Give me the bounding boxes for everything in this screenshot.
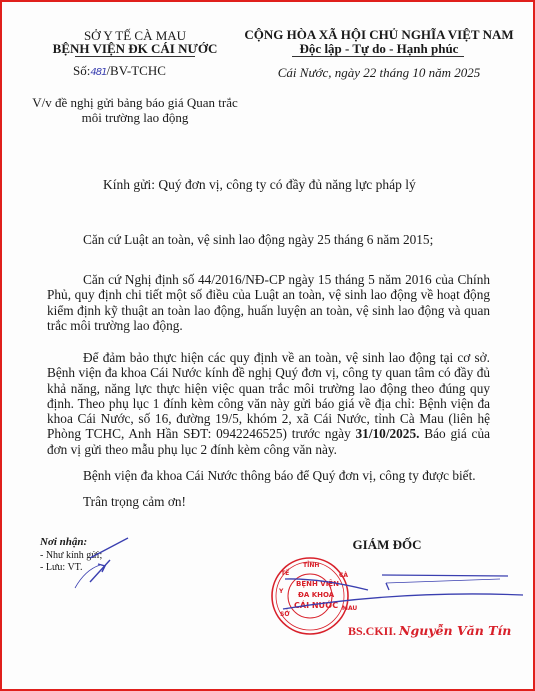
document-number: Số:481/BV-TCHC [73,63,166,79]
body-paragraph: Căn cứ Nghị định số 44/2016/NĐ-CP ngày 1… [47,272,490,333]
recipients-title: Nơi nhận: [40,536,87,548]
signer-title: GIÁM ĐỐC [317,537,457,553]
subject-line-1: V/v đề nghị gửi bảng báo giá Quan trắc [24,95,246,111]
subject-line-2: môi trường lao động [24,110,246,126]
hospital-name: BỆNH VIỆN ĐK CÁI NƯỚC [36,41,234,57]
recipient-line: Kính gửi: Quý đơn vị, công ty có đầy đủ … [103,177,416,193]
body-paragraph: Bệnh viện đa khoa Cái Nước thông báo để … [47,468,490,483]
recipients-item: - Lưu: VT. [40,562,83,573]
body-paragraph: Căn cứ Luật an toàn, vệ sinh lao động ng… [47,232,490,247]
national-motto: Độc lập - Tự do - Hạnh phúc [223,41,535,57]
paragraph-text: Căn cứ Nghị định số 44/2016/NĐ-CP ngày 1… [47,272,490,333]
recipients-item: - Như kính gửi; [40,550,102,561]
paragraph-text: Bệnh viện đa khoa Cái Nước thông báo để … [83,468,476,483]
doc-number-prefix: Số: [73,63,90,78]
paragraph-text: Trân trọng cảm ơn! [83,494,186,509]
paragraph-text: Căn cứ Luật an toàn, vệ sinh lao động ng… [83,232,433,247]
signer-fullname: Nguyễn Văn Tín [399,623,511,638]
body-paragraph: Để đảm bảo thực hiện các quy định về an … [47,350,490,457]
place-date: Cái Nước, ngày 22 tháng 10 năm 2025 [223,65,535,81]
deadline-date: 31/10/2025. [356,426,420,441]
header-left-rule [75,56,195,57]
body-paragraph: Trân trọng cảm ơn! [47,494,490,509]
header-right-rule [292,56,464,57]
doc-number-suffix: /BV-TCHC [106,63,165,78]
doc-number-handwritten: 481 [90,67,106,78]
signer-name: BS.CKII. Nguyễn Văn Tín [348,623,511,639]
signer-prefix: BS.CKII. [348,624,396,638]
